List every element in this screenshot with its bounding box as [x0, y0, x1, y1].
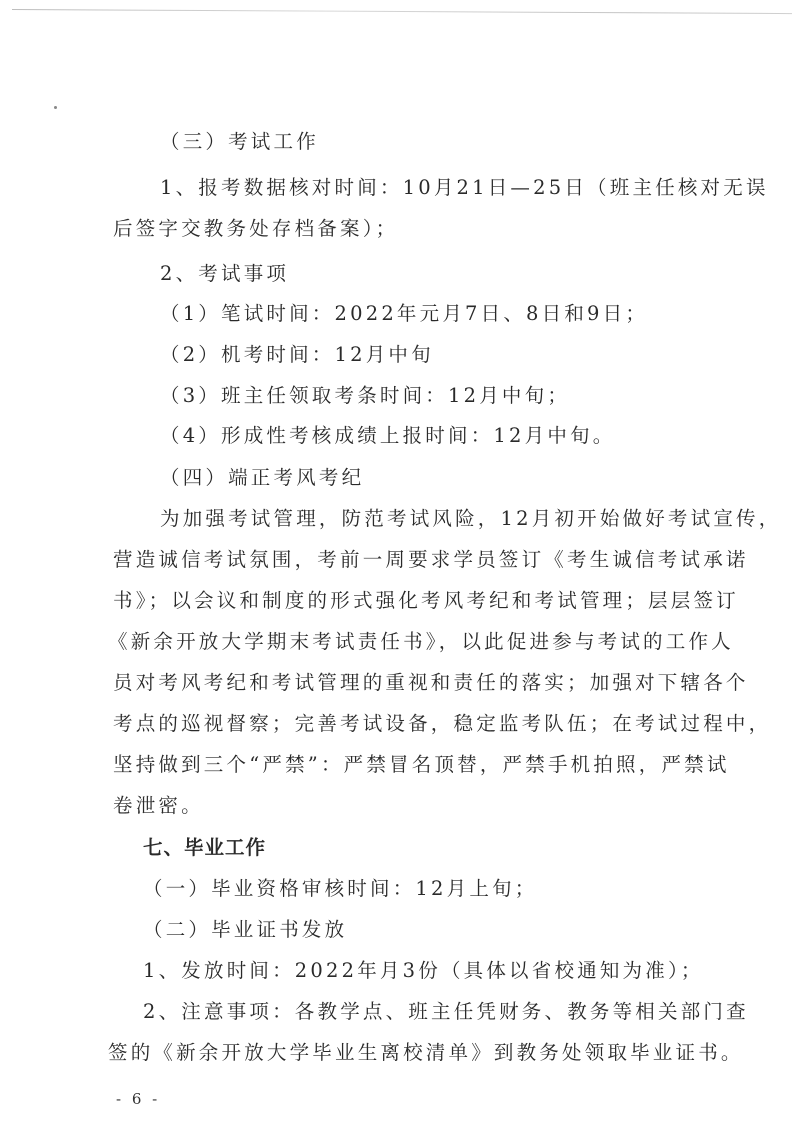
exam-sub-item-4: （4）形成性考核成绩上报时间：12月中旬。 [160, 424, 615, 448]
section-heading-exam-work: （三）考试工作 [160, 130, 319, 154]
discipline-para-line-7: 坚持做到三个“严禁”：严禁冒名顶替，严禁手机拍照，严禁试 [113, 753, 730, 777]
section-heading-exam-discipline: （四）端正考风考纪 [160, 466, 364, 490]
discipline-para-line-5: 员对考风考纪和考试管理的重视和责任的落实；加强对下辖各个 [113, 671, 749, 695]
discipline-para-line-3: 书》；以会议和制度的形式强化考风考纪和考试管理；层层签订 [113, 589, 739, 613]
graduation-item2-line2: 签的《新余开放大学毕业生离校清单》到教务处领取毕业证书。 [108, 1041, 744, 1065]
exam-sub-item-3: （3）班主任领取考条时间：12月中旬； [160, 384, 570, 408]
exam-item2-heading: 2、考试事项 [160, 262, 289, 286]
graduation-sub-2: （二）毕业证书发放 [143, 918, 347, 942]
discipline-para-line-8: 卷泄密。 [113, 794, 204, 818]
graduation-item2-line1: 2、注意事项：各教学点、班主任凭财务、教务等相关部门查 [143, 1000, 749, 1024]
graduation-item-1: 1、发放时间：2022年月3份（具体以省校通知为准）； [143, 959, 704, 983]
exam-item1-line1: 1、报考数据核对时间：10月21日—25日（班主任核对无误 [160, 176, 769, 200]
discipline-para-line-1: 为加强考试管理，防范考试风险，12月初开始做好考试宣传， [160, 507, 781, 531]
section-heading-graduation: 七、毕业工作 [143, 836, 266, 860]
exam-item1-line2: 后签字交教务处存档备案）； [113, 217, 398, 241]
discipline-para-line-6: 考点的巡视督察；完善考试设备，稳定监考队伍；在考试过程中， [113, 712, 771, 736]
discipline-para-line-4: 《新余开放大学期末考试责任书》，以此促进参与考试的工作人 [108, 630, 734, 654]
exam-sub-item-2: （2）机考时间：12月中旬 [160, 343, 434, 367]
graduation-sub-1: （一）毕业资格审核时间：12月上旬； [143, 877, 537, 901]
page-number: - 6 - [116, 1090, 160, 1108]
exam-sub-item-1: （1）笔试时间：2022年元月7日、8日和9日； [160, 302, 648, 326]
discipline-para-line-2: 营造诚信考试氛围，考前一周要求学员签订《考生诚信考试承诺 [113, 548, 749, 572]
document-page: （三）考试工作 1、报考数据核对时间：10月21日—25日（班主任核对无误 后签… [0, 0, 799, 1140]
